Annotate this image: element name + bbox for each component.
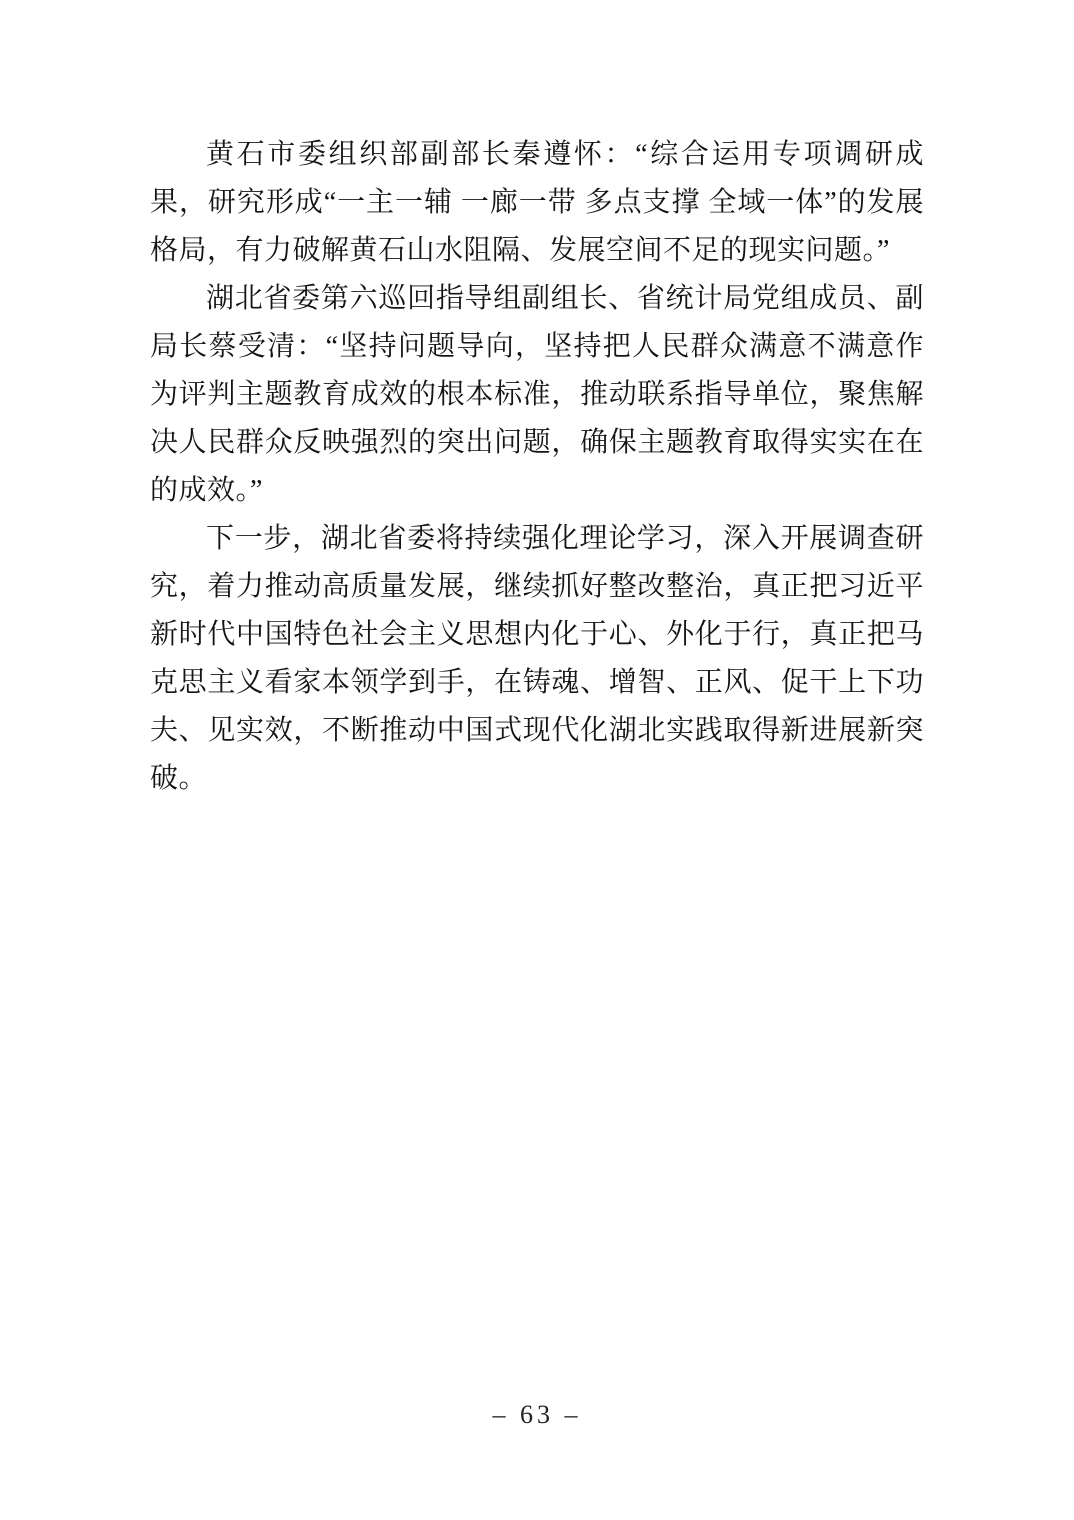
page-footer: – 63 –: [0, 1400, 1074, 1430]
document-body: 黄石市委组织部副部长秦遵怀：“综合运用专项调研成果，研究形成“一主一辅 一廊一带…: [150, 131, 924, 803]
paragraph-quote-guidance-group: 湖北省委第六巡回指导组副组长、省统计局党组成员、副局长蔡受清：“坚持问题导向，坚…: [150, 275, 924, 515]
page-number: – 63 –: [493, 1400, 582, 1429]
document-page: 黄石市委组织部副部长秦遵怀：“综合运用专项调研成果，研究形成“一主一辅 一廊一带…: [0, 0, 1074, 1520]
paragraph-next-steps: 下一步，湖北省委将持续强化理论学习，深入开展调查研究，着力推动高质量发展，继续抓…: [150, 515, 924, 803]
paragraph-quote-huangshi: 黄石市委组织部副部长秦遵怀：“综合运用专项调研成果，研究形成“一主一辅 一廊一带…: [150, 131, 924, 275]
